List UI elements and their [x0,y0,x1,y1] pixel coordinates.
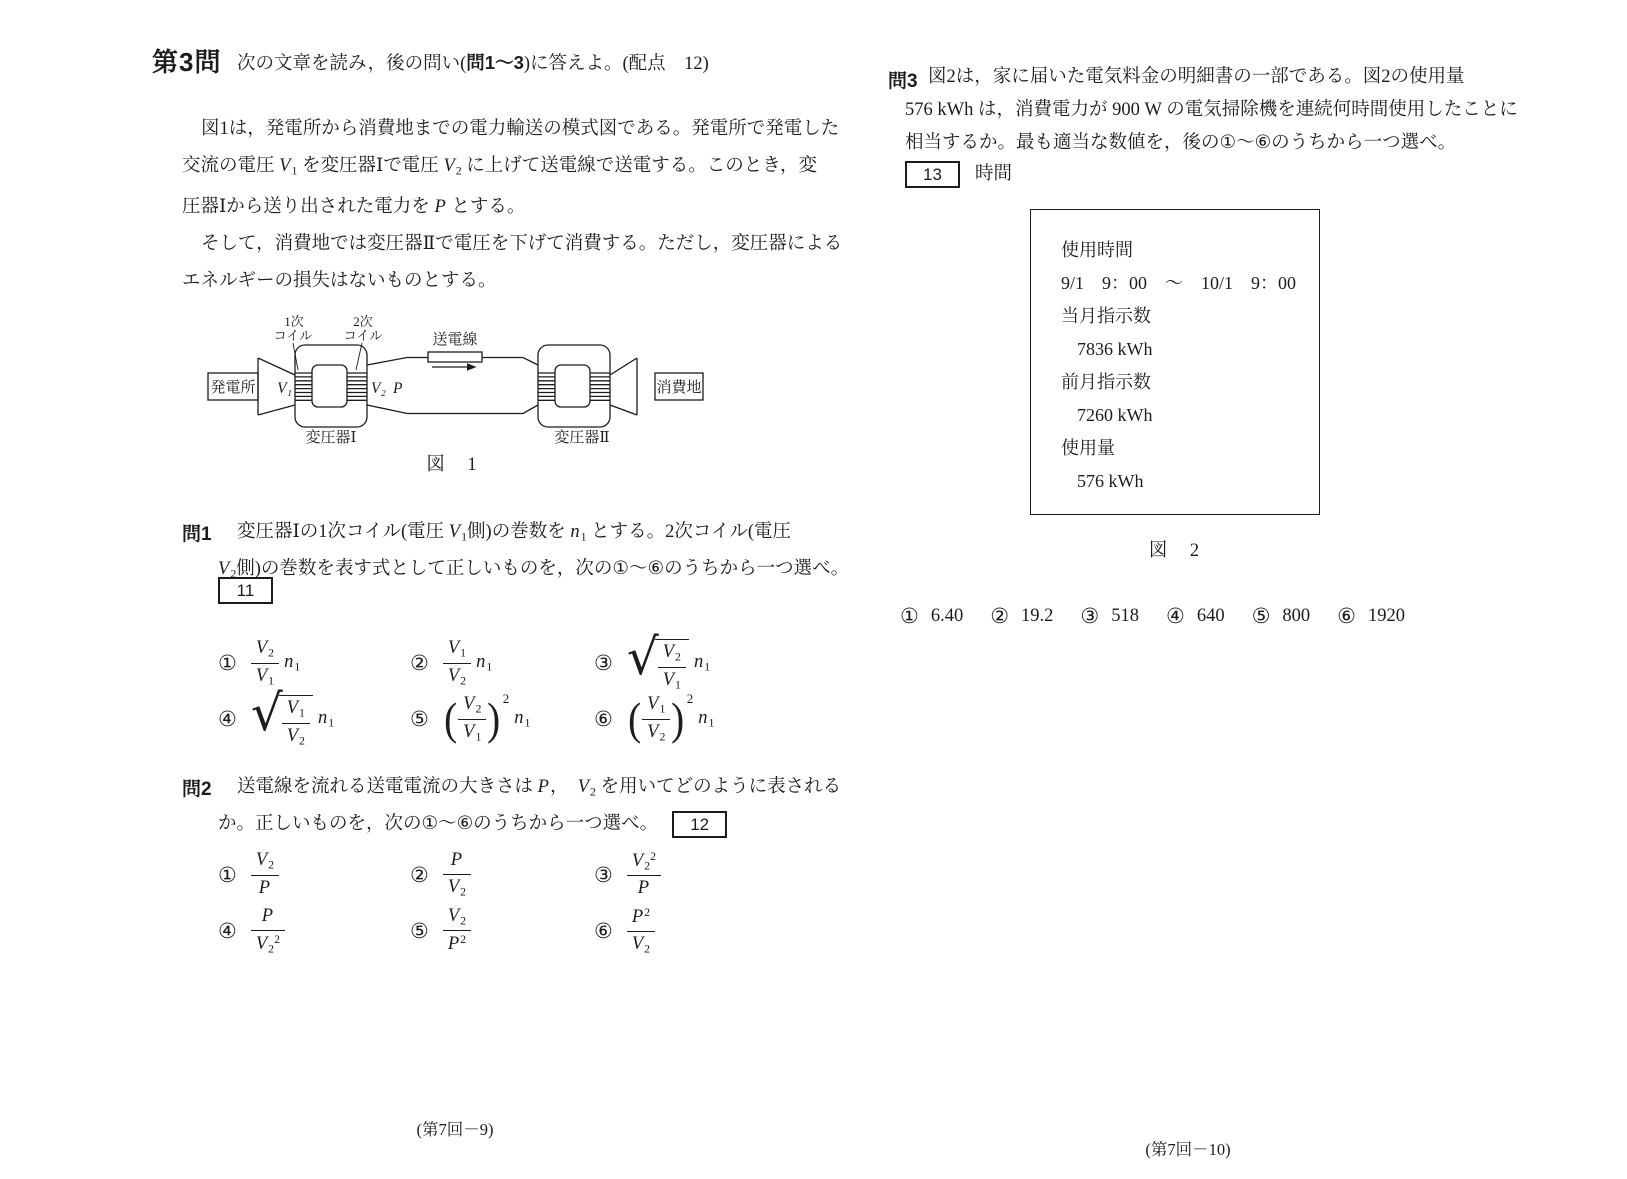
q1-option-6: ⑥(V1V2)2n1 [594,694,738,744]
question2-label: 問2 [182,774,212,801]
circled-5-icon: ⑤ [410,707,429,731]
bill-line-usage-amount-value: 576 kWh [1061,465,1319,498]
question2-text-line2-row: か。正しいものを，次の①～⑥のうちから一つ選べ。 12 [218,806,727,843]
bill-line-usage-amount-label: 使用量 [1061,432,1319,465]
q3-option-1: ①6.40 [900,604,963,628]
left-page-footer: (第7回－9) [355,1116,555,1140]
bill-line-current-reading-value: 7836 kWh [1061,333,1319,366]
q2-option-3: ③V22P [594,850,738,900]
q3-option-2-value: 19.2 [1021,606,1053,627]
coil-label-leader-lines [293,343,362,370]
section-instruction: 次の文章を読み，後の問い(問1～3)に答えよ。(配点 12) [237,46,709,81]
transformer1-core [312,365,347,407]
question3-options: ①6.40 ②19.2 ③518 ④640 ⑤800 ⑥1920 [900,604,1405,628]
figure2-bill-box: 使用時間 9/1 9：00 ～ 10/1 9：00 当月指示数 7836 kWh… [1030,209,1320,515]
circled-5-icon: ⑤ [1252,604,1271,628]
section-title: 第3問 [152,42,221,79]
question1-text-line2: V2側)の巻数を表す式として正しいものを，次の①～⑥のうちから一つ選べ。 [218,551,849,592]
transformer2-outline [538,345,610,427]
intro-line: 交流の電圧 V1 を変圧器Ⅰで電圧 V2 に上げて送電線で送電する。このとき，変 [182,148,842,189]
question3-answer-row: 13 時間 [905,158,1012,191]
bottom-transmission-wire [367,405,538,414]
bill-line-usage-period-value: 9/1 9：00 ～ 10/1 9：00 [1061,267,1319,300]
secondary-coil-label-2: コイル [344,328,383,343]
circled-4-icon: ④ [1166,604,1185,628]
q3-option-4-value: 640 [1197,606,1225,627]
transmission-line-label: 送電線 [432,331,477,348]
question3-text-line2: 576 kWh は，消費電力が 900 W の電気掃除機を連続何時間使用したこと… [905,94,1518,127]
intro-paragraph: 図1は，発電所から消費地までの電力輸送の模式図である。発電所で発電した 交流の電… [182,111,842,300]
circled-3-icon: ③ [1080,604,1099,628]
q2-option-1-formula: V2P [251,850,279,899]
bill-line-previous-reading-value: 7260 kWh [1061,399,1319,432]
transformer1-outline [295,345,367,427]
q2-option-1: ①V2P [218,850,410,900]
voltage-v1-label: V₁ [277,380,292,397]
q1-option-1: ①V2V1n1 [218,638,410,688]
question3-text-line1: 図2は，家に届いた電気料金の明細書の一部である。図2の使用量 [928,61,1465,94]
q1-option-5: ⑤(V2V1)2n1 [410,694,594,744]
question2-text-line1: 送電線を流れる送電電流の大きさは P， V2 を用いてどのように表される [237,769,841,810]
circled-3-icon: ③ [594,863,613,887]
question1-answer-box: 11 [218,577,273,604]
q1-option-2: ②V1V2n1 [410,638,594,688]
circled-1-icon: ① [218,863,237,887]
question2-text-line2: か。正しいものを，次の①～⑥のうちから一つ選べ。 [218,806,658,843]
circled-2-icon: ② [410,863,429,887]
question1-options: ①V2V1n1 ②V1V2n1 ③√V2V1n1 ④√V1V2n1 ⑤(V2V1… [218,638,738,744]
transformer1-label: 変圧器Ⅰ [306,429,357,446]
intro-line: そして，消費地では変圧器Ⅱで電圧を下げて消費する。ただし，変圧器による [182,226,842,263]
voltage-v2-label: V₂ [371,380,386,397]
q3-option-6-value: 1920 [1368,606,1405,627]
q2-option-6: ⑥P2V2 [594,906,738,956]
q2-option-2-formula: PV2 [443,850,471,899]
q3-option-3-value: 518 [1111,606,1139,627]
transformer2-primary-coil [538,373,555,400]
power-plant-label: 発電所 [210,379,255,396]
primary-coil-label-1: 1次 [284,314,304,329]
circled-2-icon: ② [990,604,1009,628]
circled-6-icon: ⑥ [594,707,613,731]
transformer2-secondary-coil [590,373,610,400]
q1-option-5-formula: (V2V1)2n1 [443,694,531,744]
figure1-diagram: 1次 コイル 2次 コイル 発電所 V₁ V₂ P 送電線 消費地 変圧器Ⅰ 変… [195,294,710,446]
right-funnel-wires [610,358,637,415]
current-direction-arrow-head [467,363,477,371]
transformer1-secondary-coil [347,373,367,400]
q3-option-5-value: 800 [1282,606,1310,627]
circled-4-icon: ④ [218,919,237,943]
bill-line-current-reading-label: 当月指示数 [1061,300,1319,333]
intro-line: 図1は，発電所から消費地までの電力輸送の模式図である。発電所で発電した [182,111,842,148]
circled-2-icon: ② [410,651,429,675]
q2-option-4: ④PV22 [218,906,410,956]
transmission-line-symbol [428,352,482,362]
q1-option-4-formula: √V1V2n1 [251,690,334,748]
figure2-caption: 図 2 [1030,536,1320,562]
question3-unit-label: 時間 [975,158,1012,191]
circled-6-icon: ⑥ [1337,604,1356,628]
question2-answer-box: 12 [672,811,727,838]
q3-option-4: ④640 [1166,604,1225,628]
q2-option-5: ⑤V2P2 [410,906,594,956]
power-p-label: P [392,380,403,397]
q1-option-6-formula: (V1V2)2n1 [627,694,715,744]
q1-option-3: ③√V2V1n1 [594,638,738,688]
figure1-caption: 図 1 [195,450,710,476]
primary-coil-label-2: コイル [274,328,313,343]
q3-option-6: ⑥1920 [1337,604,1405,628]
circled-4-icon: ④ [218,707,237,731]
q2-option-6-formula: P2V2 [627,906,655,956]
circled-1-icon: ① [900,604,919,628]
q1-option-4: ④√V1V2n1 [218,694,410,744]
transformer1-primary-coil [295,373,312,400]
right-page-footer: (第7回－10) [1088,1136,1288,1160]
circled-6-icon: ⑥ [594,919,613,943]
q2-option-5-formula: V2P2 [443,906,471,956]
intro-line: 圧器Ⅰから送り出された電力を P とする。 [182,189,842,226]
q3-option-5: ⑤800 [1252,604,1311,628]
q2-option-3-formula: V22P [627,850,661,900]
circled-5-icon: ⑤ [410,919,429,943]
q3-option-1-value: 6.40 [931,606,963,627]
q1-option-2-formula: V1V2n1 [443,638,492,688]
q3-option-3: ③518 [1080,604,1139,628]
question3-answer-box: 13 [905,161,960,188]
q2-option-2: ②PV2 [410,850,594,900]
transformer2-label: 変圧器Ⅱ [554,429,609,446]
q3-option-2: ②19.2 [990,604,1053,628]
q2-option-4-formula: PV22 [251,906,285,956]
circled-1-icon: ① [218,651,237,675]
secondary-coil-label-1: 2次 [353,314,373,329]
q1-option-3-formula: √V2V1n1 [627,634,710,692]
instruction-pre: 次の文章を読み，後の問い( [237,54,466,74]
instruction-question-range: 問1～3 [466,52,524,73]
instruction-post: )に答えよ。(配点 12) [524,54,709,74]
question3-text-line3: 相当するか。最も適当な数値を，後の①～⑥のうちから一つ選べ。 [905,127,1456,160]
bill-line-usage-period-label: 使用時間 [1061,234,1319,267]
circled-3-icon: ③ [594,651,613,675]
bill-line-previous-reading-label: 前月指示数 [1061,366,1319,399]
q1-option-1-formula: V2V1n1 [251,638,300,688]
question1-label: 問1 [182,519,212,546]
question1-text-line1: 変圧器Ⅰの1次コイル(電圧 V1側)の巻数を n1 とする。2次コイル(電圧 [237,514,791,555]
transformer2-core [555,365,590,407]
exam-page-spread: { "page": { "left_footer": "(第7回－9)", "r… [0,0,1627,1179]
question2-options: ①V2P ②PV2 ③V22P ④PV22 ⑤V2P2 ⑥P2V2 [218,850,738,956]
question3-label: 問3 [888,66,918,93]
consumer-label: 消費地 [656,378,701,396]
